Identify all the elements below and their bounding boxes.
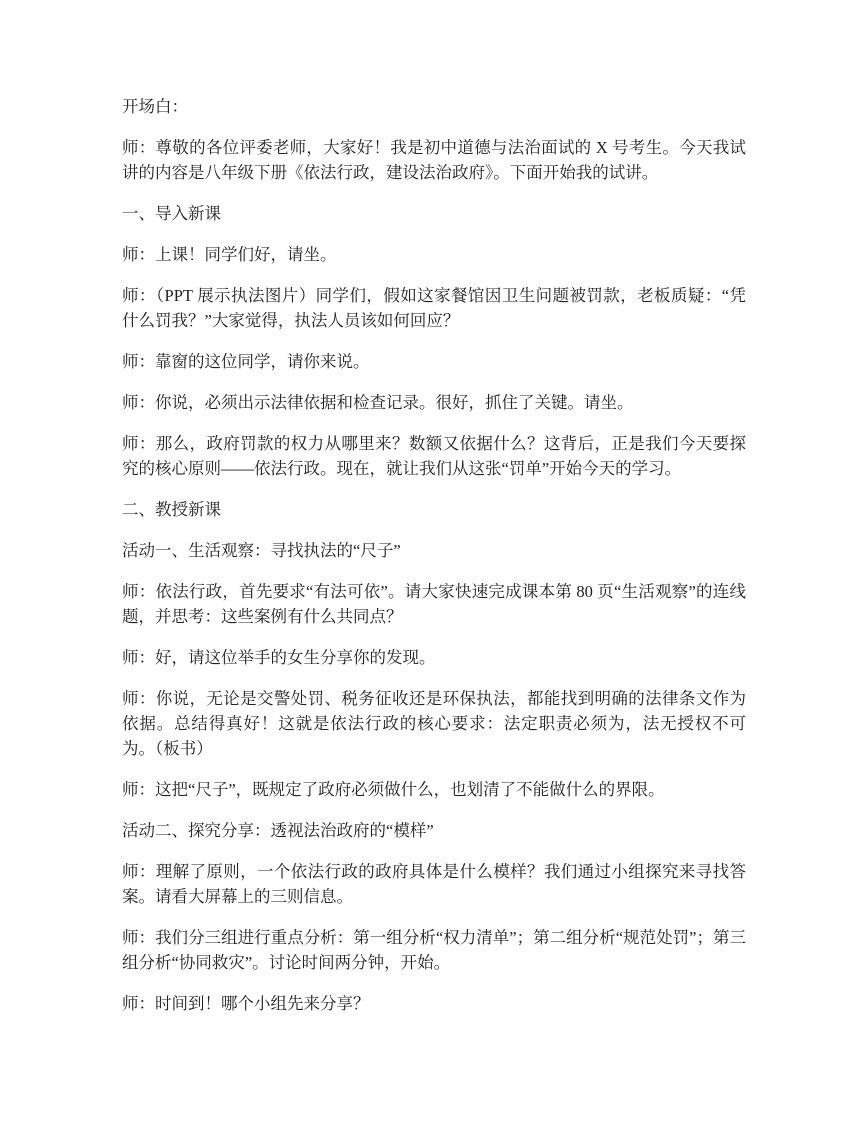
paragraph: 师：理解了原则，一个依法行政的政府具体是什么模样？我们通过小组探究来寻找答案。请… — [122, 859, 746, 909]
paragraph: 师：尊敬的各位评委老师，大家好！我是初中道德与法治面试的 X 号考生。今天我试讲… — [122, 135, 746, 185]
paragraph: 师：你说，必须出示法律依据和检查记录。很好，抓住了关键。请坐。 — [122, 390, 746, 415]
paragraph: 师：（PPT 展示执法图片）同学们，假如这家餐馆因卫生问题被罚款，老板质疑：“凭… — [122, 283, 746, 333]
paragraph: 师：好，请这位举手的女生分享你的发现。 — [122, 645, 746, 670]
paragraph: 师：你说，无论是交警处罚、税务征收还是环保执法，都能找到明确的法律条文作为依据。… — [122, 686, 746, 761]
paragraph: 师：依法行政，首先要求“有法可依”。请大家快速完成课本第 80 页“生活观察”的… — [122, 579, 746, 629]
paragraph: 师：上课！同学们好，请坐。 — [122, 242, 746, 267]
paragraph: 师：时间到！哪个小组先来分享？ — [122, 991, 746, 1016]
document-page: 开场白： 师：尊敬的各位评委老师，大家好！我是初中道德与法治面试的 X 号考生。… — [0, 0, 866, 1122]
paragraph: 师：我们分三组进行重点分析：第一组分析“权力清单”；第二组分析“规范处罚”；第三… — [122, 925, 746, 975]
paragraph-list: 开场白： 师：尊敬的各位评委老师，大家好！我是初中道德与法治面试的 X 号考生。… — [122, 94, 746, 1032]
paragraph: 活动二、探究分享：透视法治政府的“模样” — [122, 818, 746, 843]
paragraph: 活动一、生活观察：寻找执法的“尺子” — [122, 538, 746, 563]
paragraph: 师：那么，政府罚款的权力从哪里来？数额又依据什么？这背后，正是我们今天要探究的核… — [122, 431, 746, 481]
paragraph: 师：这把“尺子”，既规定了政府必须做什么，也划清了不能做什么的界限。 — [122, 777, 746, 802]
paragraph: 开场白： — [122, 94, 746, 119]
paragraph: 师：靠窗的这位同学，请你来说。 — [122, 349, 746, 374]
paragraph: 二、教授新课 — [122, 497, 746, 522]
paragraph: 一、导入新课 — [122, 201, 746, 226]
